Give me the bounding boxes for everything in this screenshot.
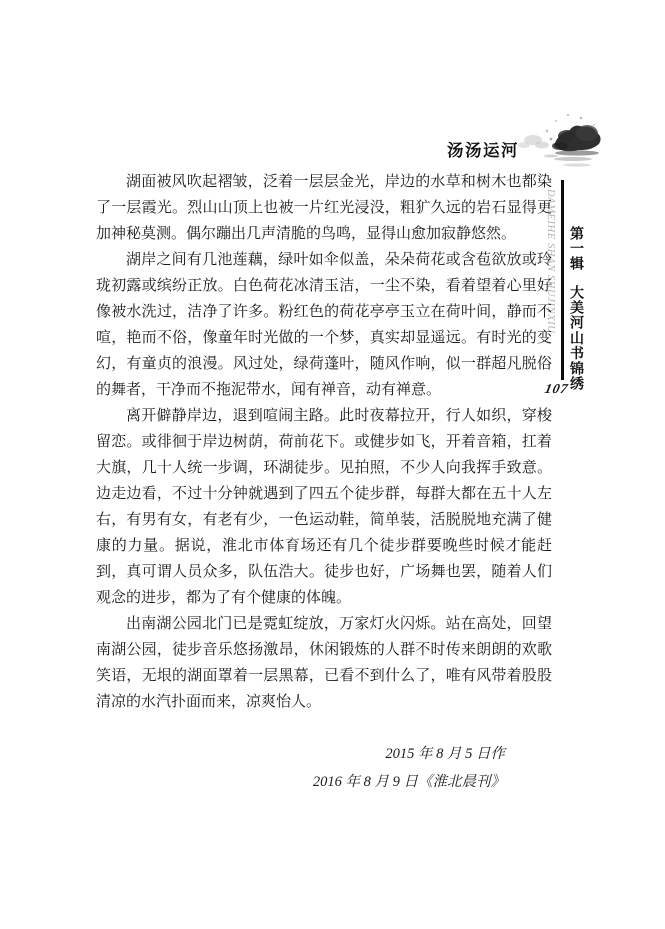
series-band: 第一辑大美河山书锦绣 bbox=[565, 226, 585, 391]
essay-body: 湖面被风吹起褶皱，泛着一层层金光，岸边的水草和树木也都染了一层霞光。烈山山顶上也… bbox=[96, 169, 552, 796]
date-published: 2016 年 8 月 9 日《淮北晨刊》 bbox=[96, 768, 505, 796]
paragraph: 离开僻静岸边，退到喧闹主路。此时夜幕拉开，行人如织，穿梭留恋。或徘徊于岸边树荫，… bbox=[96, 403, 552, 611]
series-name-chinese: 大美河山书锦绣 bbox=[568, 285, 583, 391]
book-page: 汤汤运河 DAMEIHE SHAN SHUJINXIU 第一辑大美河山书锦绣 1… bbox=[0, 0, 665, 929]
date-written: 2015 年 8 月 5 日作 bbox=[96, 740, 505, 768]
ink-landscape-icon bbox=[511, 109, 608, 172]
paragraph: 湖岸之间有几池莲藕，绿叶如伞似盖，朵朵荷花或含苞欲放或玲珑初露或缤纷正放。白色荷… bbox=[96, 247, 552, 403]
volume-label: 第一辑 bbox=[568, 226, 583, 272]
sidebar-vertical-rule bbox=[561, 180, 564, 380]
colophon-dates: 2015 年 8 月 5 日作 2016 年 8 月 9 日《淮北晨刊》 bbox=[96, 740, 552, 796]
paragraph: 出南湖公园北门已是霓虹绽放，万家灯火闪烁。站在高处，回望南湖公园，徒步音乐悠扬激… bbox=[96, 611, 552, 715]
paragraph: 湖面被风吹起褶皱，泛着一层层金光，岸边的水草和树木也都染了一层霞光。烈山山顶上也… bbox=[96, 169, 552, 247]
page-title: 汤汤运河 bbox=[447, 137, 519, 161]
